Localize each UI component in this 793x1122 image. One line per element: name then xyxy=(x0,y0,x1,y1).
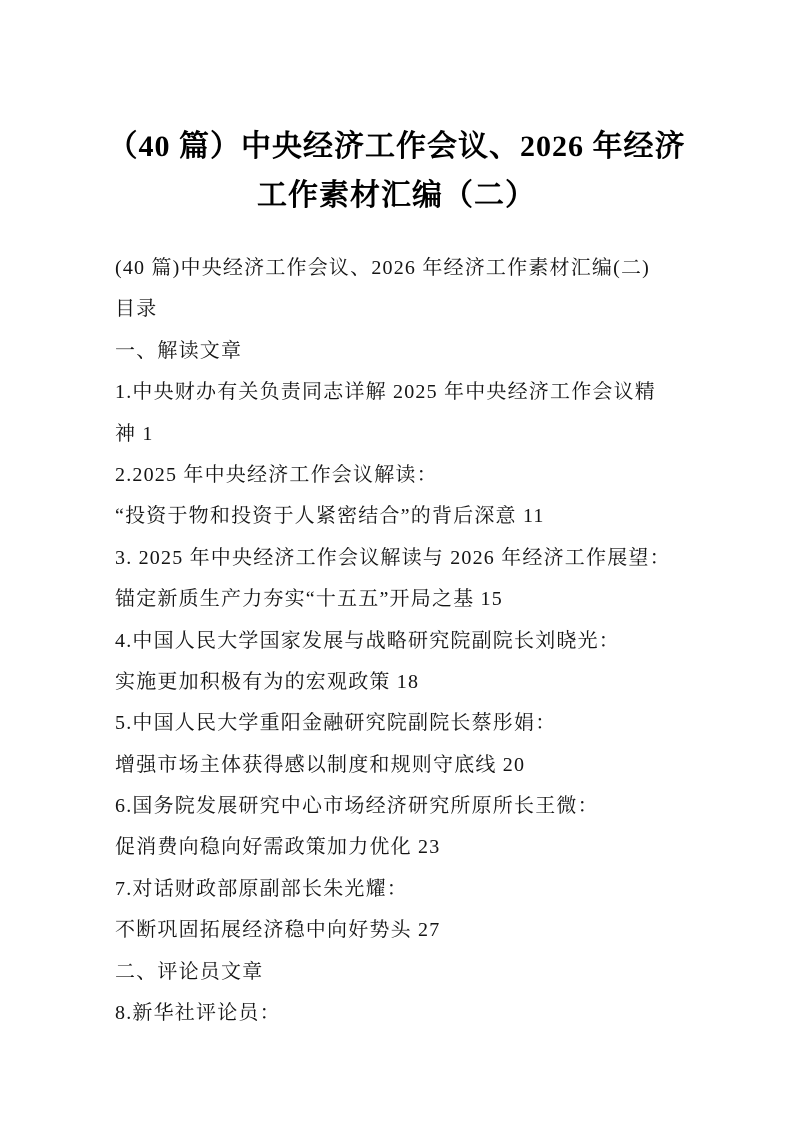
doc-line-item-1a: 1.中央财办有关负责同志详解 2025 年中央经济工作会议精 xyxy=(115,372,753,413)
doc-line-toc-heading: 目录 xyxy=(115,289,753,330)
doc-line-item-6b: 促消费向稳向好需政策加力优化 23 xyxy=(115,827,753,868)
document-title: （40 篇）中央经济工作会议、2026 年经济 工作素材汇编（二） xyxy=(40,122,753,220)
doc-line-item-2b: “投资于物和投资于人紧密结合”的背后深意 11 xyxy=(115,496,753,537)
doc-line-section-1: 一、解读文章 xyxy=(115,331,753,372)
doc-line-item-3b: 锚定新质生产力夯实“十五五”开局之基 15 xyxy=(115,579,753,620)
doc-line-item-7a: 7.对话财政部原副部长朱光耀： xyxy=(115,869,753,910)
document-body: (40 篇)中央经济工作会议、2026 年经济工作素材汇编(二) 目录 一、解读… xyxy=(115,248,753,1034)
document-page: （40 篇）中央经济工作会议、2026 年经济 工作素材汇编（二） (40 篇)… xyxy=(0,0,793,1122)
doc-line-item-4b: 实施更加积极有为的宏观政策 18 xyxy=(115,662,753,703)
doc-line-item-7b: 不断巩固拓展经济稳中向好势头 27 xyxy=(115,910,753,951)
doc-line-item-1b: 神 1 xyxy=(115,414,753,455)
doc-line-item-2a: 2.2025 年中央经济工作会议解读： xyxy=(115,455,753,496)
document-title-line-2: 工作素材汇编（二） xyxy=(40,171,753,220)
doc-line-item-8a: 8.新华社评论员： xyxy=(115,993,753,1034)
document-title-line-1: （40 篇）中央经济工作会议、2026 年经济 xyxy=(40,122,753,171)
doc-line-item-4a: 4.中国人民大学国家发展与战略研究院副院长刘晓光： xyxy=(115,621,753,662)
doc-line-item-6a: 6.国务院发展研究中心市场经济研究所原所长王微： xyxy=(115,786,753,827)
doc-line-item-5a: 5.中国人民大学重阳金融研究院副院长蔡彤娟： xyxy=(115,703,753,744)
doc-line-section-2: 二、评论员文章 xyxy=(115,952,753,993)
doc-line-item-5b: 增强市场主体获得感以制度和规则守底线 20 xyxy=(115,745,753,786)
doc-line-item-3a: 3. 2025 年中央经济工作会议解读与 2026 年经济工作展望： xyxy=(115,538,753,579)
doc-line-repeat-title: (40 篇)中央经济工作会议、2026 年经济工作素材汇编(二) xyxy=(115,248,753,289)
